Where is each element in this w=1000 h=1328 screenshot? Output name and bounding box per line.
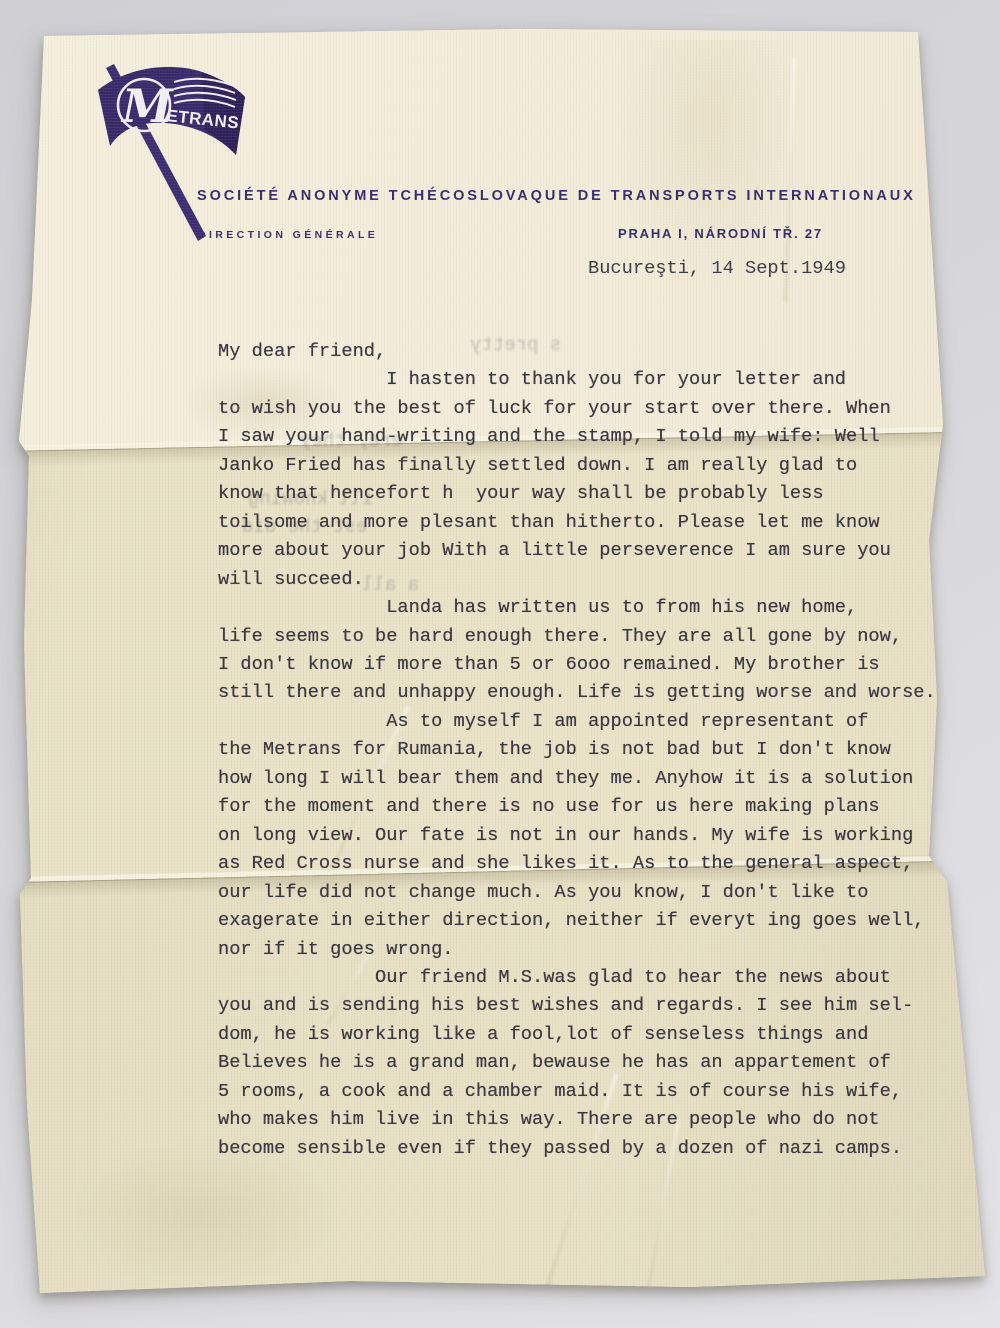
metrans-flag-logo: M ETRANS bbox=[84, 58, 264, 253]
letter-line: My dear friend, bbox=[218, 337, 936, 365]
letter-line: dom, he is working like a fool,lot of se… bbox=[218, 1020, 936, 1048]
letter-line: Believes he is a grand man, bewause he h… bbox=[218, 1048, 936, 1076]
letter-line: know that hencefort h your way shall be … bbox=[218, 479, 936, 507]
company-name-line: SOCIÉTÉ ANONYME TCHÉCOSLOVAQUE DE TRANSP… bbox=[197, 188, 916, 204]
letter-line: to wish you the best of luck for your st… bbox=[218, 394, 936, 422]
letter-line: 5 rooms, a cook and a chamber maid. It i… bbox=[218, 1077, 936, 1105]
letter-line: more about your job With a little persev… bbox=[218, 536, 936, 564]
letter-line: the Metrans for Rumania, the job is not … bbox=[218, 735, 936, 763]
letter-body: My dear friend, I hasten to thank you fo… bbox=[218, 337, 936, 1162]
letter-line: toilsome and more plesant than hitherto.… bbox=[218, 508, 936, 536]
dateline: Bucureşti, 14 Sept.1949 bbox=[588, 257, 846, 279]
letter-paper: s pretty ere, they ill knowing est the d… bbox=[0, 0, 1000, 1328]
address-line: PRAHA I, NÁRODNÍ TŘ. 27 bbox=[618, 226, 823, 241]
letter-line: our life did not change much. As you kno… bbox=[218, 878, 936, 906]
letter-line: exagerate in either direction, neither i… bbox=[218, 906, 936, 934]
letter-line: for the moment and there is no use for u… bbox=[218, 792, 936, 820]
paper-shadow-wrap: s pretty ere, they ill knowing est the d… bbox=[0, 0, 1000, 1328]
letter-line: as Red Cross nurse and she likes it. As … bbox=[218, 849, 936, 877]
letter-line: on long view. Our fate is not in our han… bbox=[218, 821, 936, 849]
letter-line: I saw your hand-writing and the stamp, I… bbox=[218, 422, 936, 450]
letter-line: Landa has written us to from his new hom… bbox=[218, 593, 936, 621]
letter-line: Our friend M.S.was glad to hear the news… bbox=[218, 963, 936, 991]
photo-of-typewritten-letter: s pretty ere, they ill knowing est the d… bbox=[0, 0, 1000, 1328]
letter-line: will succeed. bbox=[218, 565, 936, 593]
letter-line: life seems to be hard enough there. They… bbox=[218, 622, 936, 650]
department-line: DIRECTION GÉNÉRALE bbox=[198, 229, 378, 241]
letter-line: still there and unhappy enough. Life is … bbox=[218, 678, 936, 706]
letter-line: As to myself I am appointed representant… bbox=[218, 707, 936, 735]
letter-line: how long I will bear them and they me. A… bbox=[218, 764, 936, 792]
letter-line: nor if it goes wrong. bbox=[218, 935, 936, 963]
letter-line: become sensible even if they passed by a… bbox=[218, 1134, 936, 1162]
letter-line: who makes him live in this way. There ar… bbox=[218, 1105, 936, 1133]
letter-line: I hasten to thank you for your letter an… bbox=[218, 365, 936, 393]
letter-line: Janko Fried has finally settled down. I … bbox=[218, 451, 936, 479]
letter-line: I don't know if more than 5 or 6ooo rema… bbox=[218, 650, 936, 678]
letter-line: you and is sending his best wishes and r… bbox=[218, 991, 936, 1019]
